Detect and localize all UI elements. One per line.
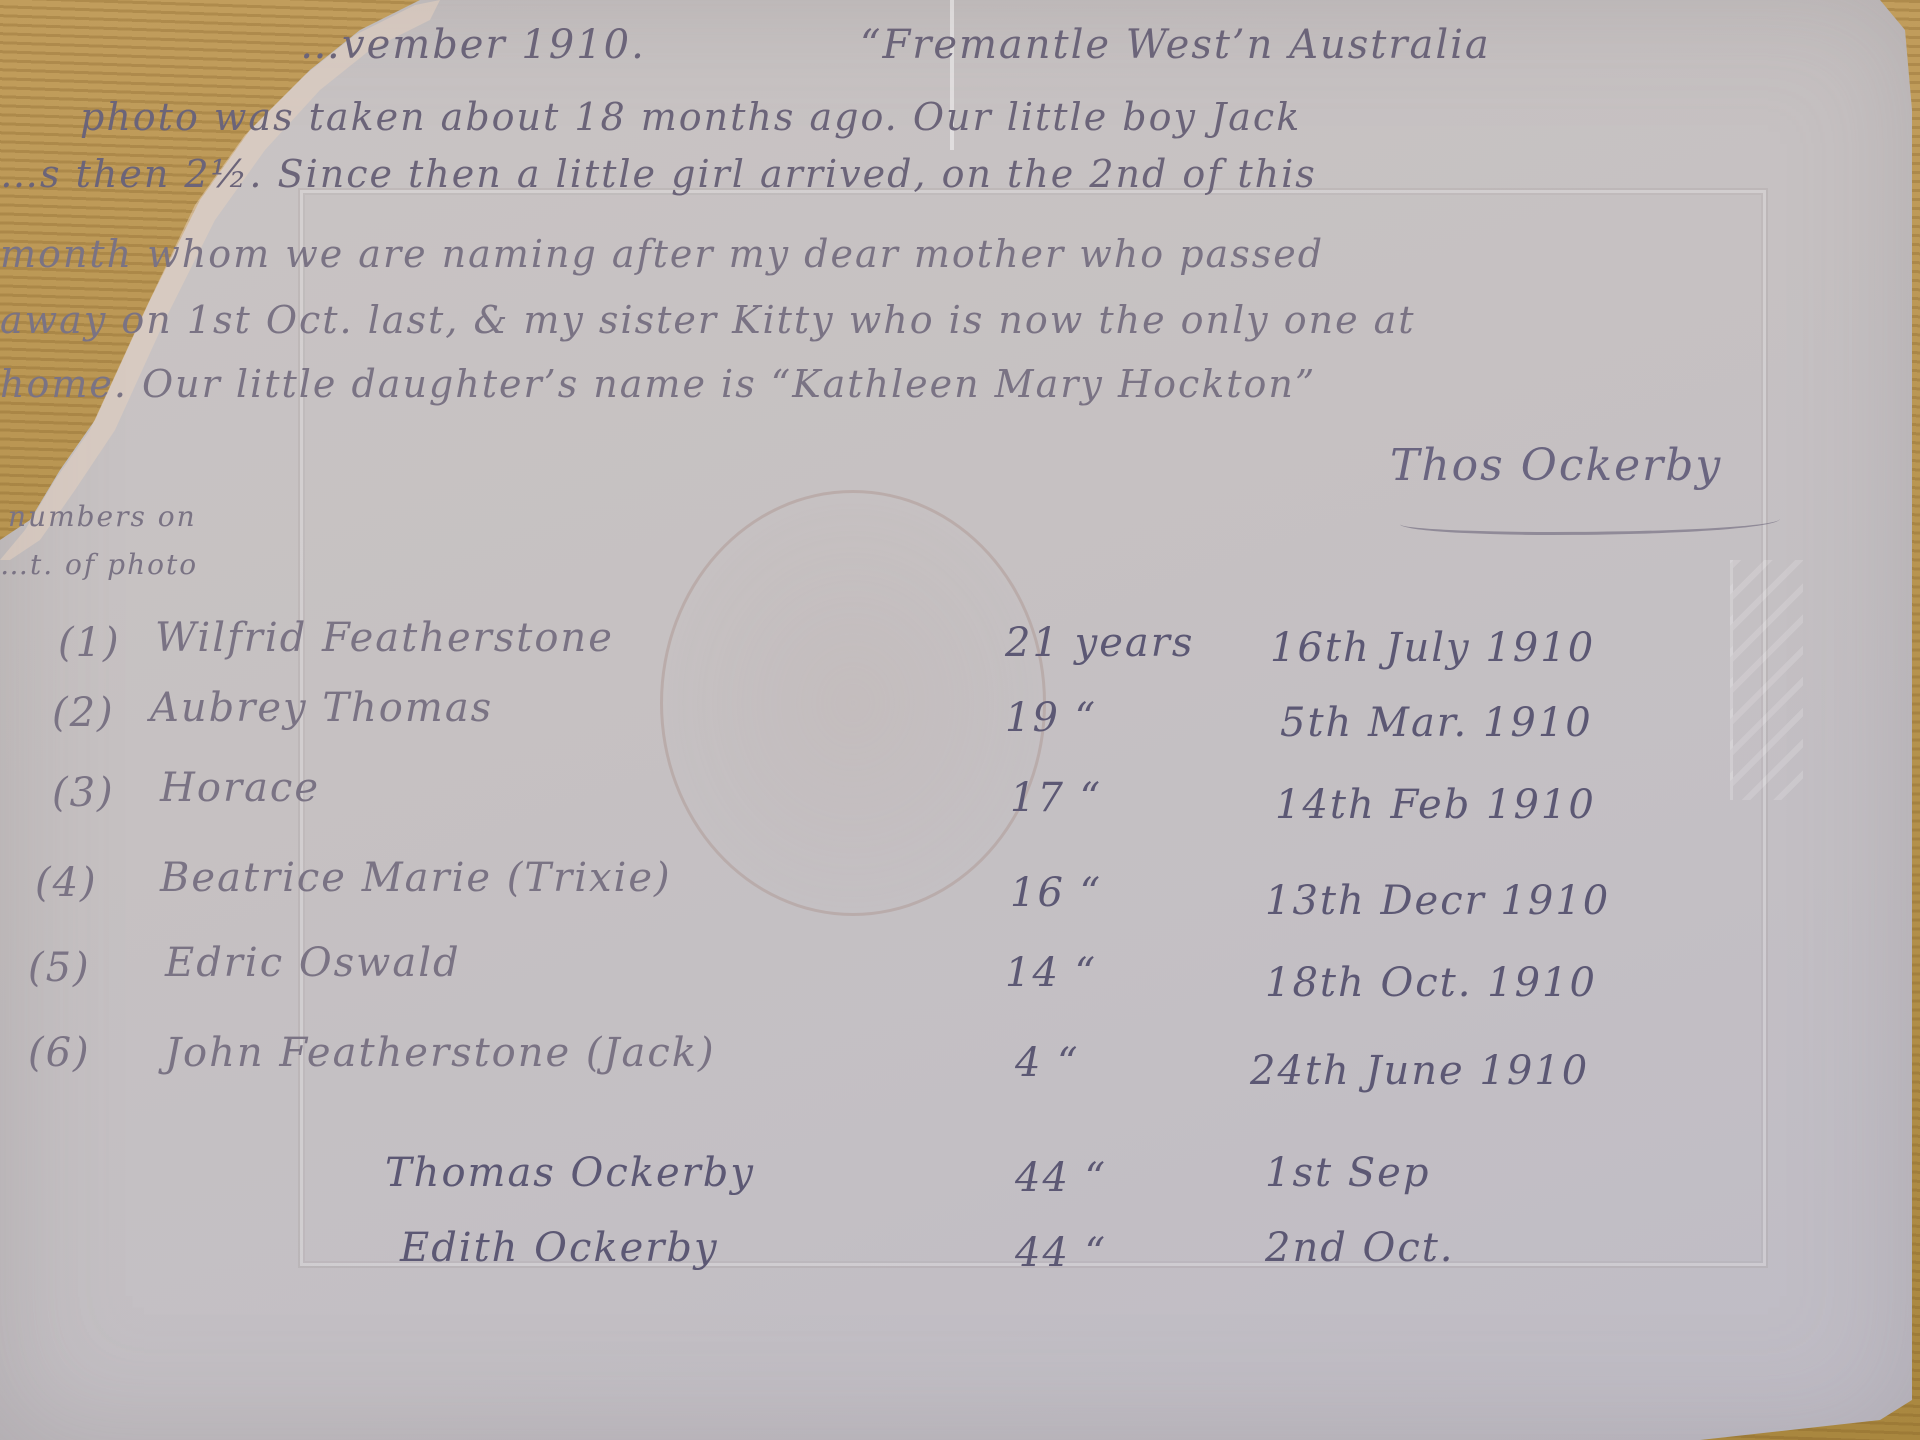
row-number: (6) <box>28 1030 91 1076</box>
row-number: (5) <box>28 945 91 991</box>
row-date: 18th Oct. 1910 <box>1265 960 1597 1006</box>
body-line-3: month whom we are naming after my dear m… <box>0 232 1324 276</box>
row-age: 19 “ <box>1005 695 1097 741</box>
row-age: 16 “ <box>1010 870 1102 916</box>
parent-date: 2nd Oct. <box>1265 1225 1455 1271</box>
row-age: 17 “ <box>1010 775 1102 821</box>
row-name: Edric Oswald <box>165 940 461 986</box>
row-age: 4 “ <box>1015 1040 1080 1086</box>
row-number: (2) <box>52 690 115 736</box>
letter-date: …vember 1910. <box>300 22 646 68</box>
row-date: 24th June 1910 <box>1250 1048 1589 1094</box>
signature: Thos Ockerby <box>1390 440 1722 491</box>
list-heading-2: …t. of photo <box>0 548 198 581</box>
row-date: 14th Feb 1910 <box>1275 782 1596 828</box>
parent-age: 44 “ <box>1015 1155 1107 1201</box>
row-date: 13th Decr 1910 <box>1265 878 1610 924</box>
row-number: (3) <box>52 770 115 816</box>
row-name: Horace <box>160 765 320 811</box>
row-age: 14 “ <box>1005 950 1097 996</box>
parent-age: 44 “ <box>1015 1230 1107 1276</box>
row-name: Beatrice Marie (Trixie) <box>160 855 672 901</box>
row-name: John Featherstone (Jack) <box>165 1030 716 1076</box>
row-date: 5th Mar. 1910 <box>1280 700 1593 746</box>
row-age: 21 years <box>1005 620 1194 666</box>
list-heading-1: numbers on <box>8 500 197 533</box>
row-number: (1) <box>58 620 121 666</box>
row-date: 16th July 1910 <box>1270 625 1595 671</box>
body-line-1: photo was taken about 18 months ago. Our… <box>80 95 1301 139</box>
row-name: Aubrey Thomas <box>150 685 493 731</box>
letter-place: “Fremantle West’n Australia <box>860 22 1491 68</box>
water-stain <box>660 490 1046 916</box>
body-line-2: …s then 2½. Since then a little girl arr… <box>0 152 1317 196</box>
row-number: (4) <box>35 860 98 906</box>
parent-name: Thomas Ockerby <box>385 1150 755 1196</box>
embossed-ornament <box>1730 560 1803 800</box>
body-line-5: home. Our little daughter’s name is “Kat… <box>0 362 1316 406</box>
parent-date: 1st Sep <box>1265 1150 1430 1196</box>
body-line-4: away on 1st Oct. last, & my sister Kitty… <box>0 298 1416 342</box>
parent-name: Edith Ockerby <box>400 1225 719 1271</box>
row-name: Wilfrid Featherstone <box>155 615 614 661</box>
